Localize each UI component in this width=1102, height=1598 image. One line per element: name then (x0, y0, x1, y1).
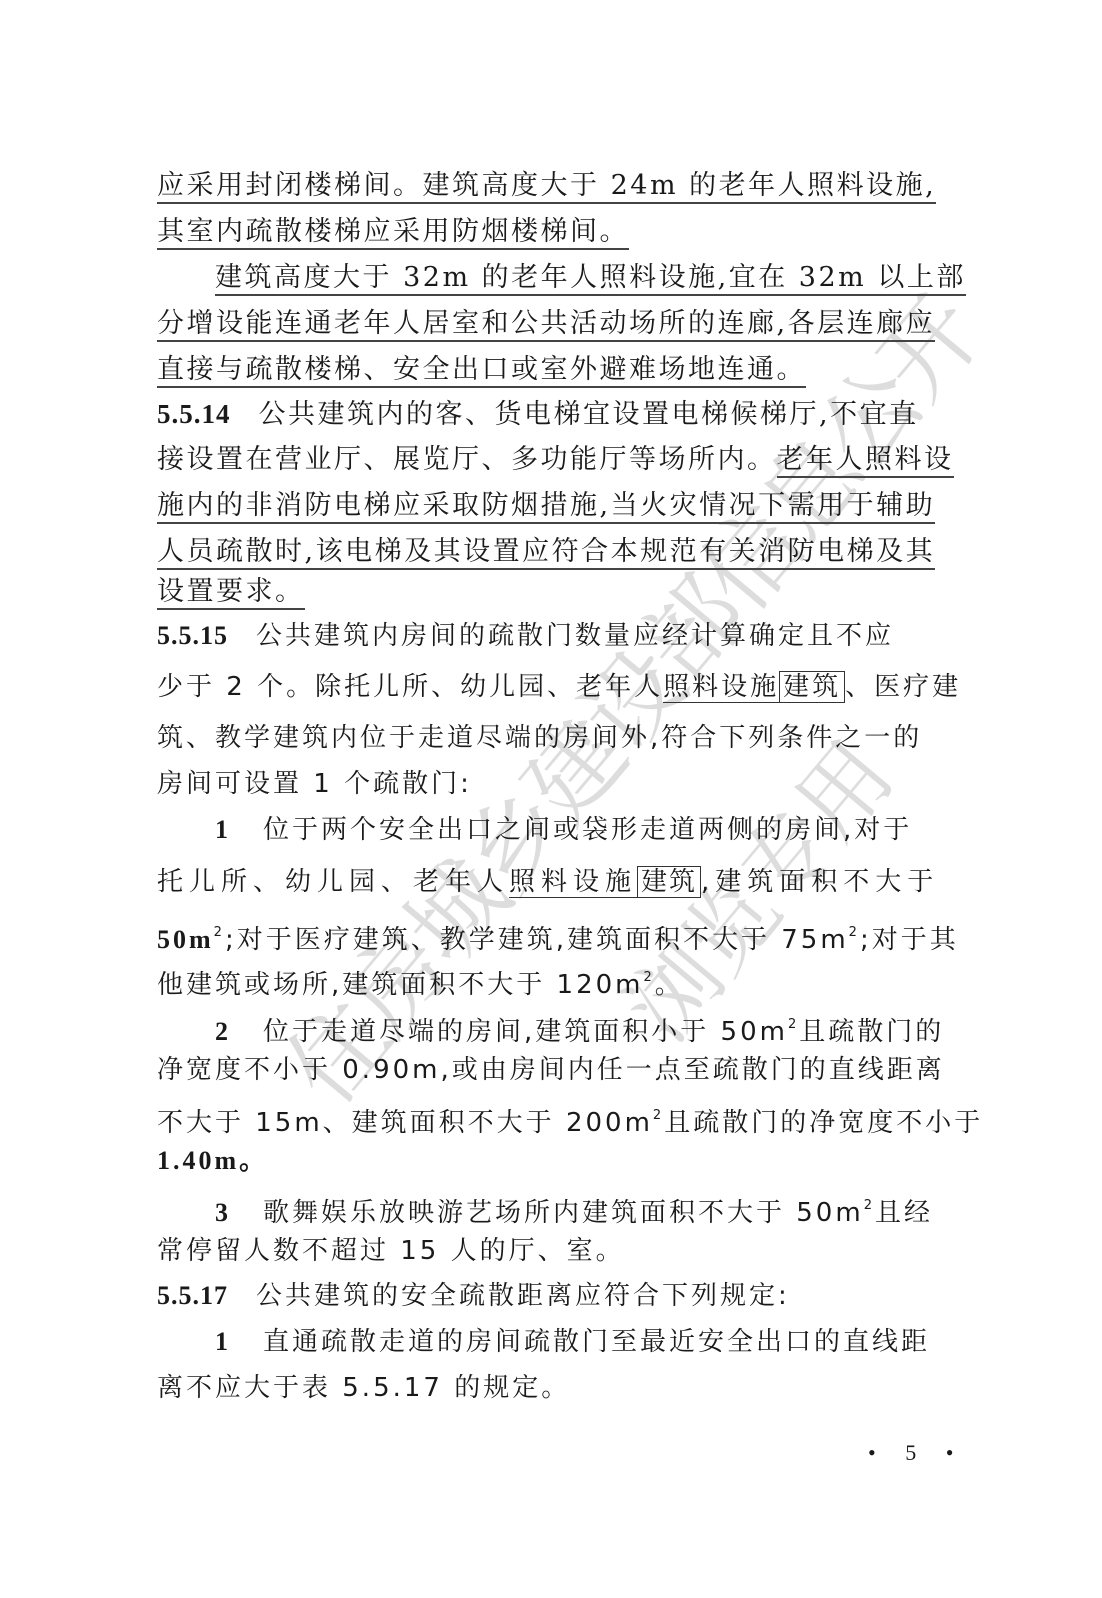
clause-text: 净宽度不小于 0.90m,或由房间内任一点至疏散门的直线距离 (157, 1055, 945, 1085)
underlined-text: 建筑高度大于 32m 的老年人照料设施,宜在 32m 以上部 (215, 262, 966, 296)
underlined-text: 直接与疏散楼梯、安全出口或室外避难场地连通。 (157, 354, 806, 388)
superscript: 2 (864, 1198, 875, 1213)
list-item-2: 2位于走道尽端的房间,建筑面积小于 50m2且疏散门的 (157, 1005, 1007, 1052)
text-line: 房间可设置 1 个疏散门: (157, 764, 949, 804)
list-item-3: 3歌舞娱乐放映游艺场所内建筑面积不大于 50m2且经 (157, 1186, 1007, 1233)
boxed-deleted-text: 建筑 (637, 866, 701, 898)
superscript: 2 (849, 925, 860, 940)
item-number: 3 (215, 1198, 231, 1227)
underlined-text: 施内的非消防电梯应采取防烟措施,当火灾情况下需用于辅助 (157, 490, 935, 524)
list-item-1: 1直通疏散走道的房间疏散门至最近安全出口的直线距 (157, 1322, 1007, 1362)
text-line: 不大于 15m、建筑面积不大于 200m2且疏散门的净宽度不小于 (157, 1096, 949, 1143)
text-line: 应采用封闭楼梯间。建筑高度大于 24m 的老年人照料设施, (157, 166, 949, 206)
clause-text: 歌舞娱乐放映游艺场所内建筑面积不大于 50m (263, 1198, 864, 1228)
clause-text: 公共建筑内的客、货电梯宜设置电梯候梯厅,不宜直 (259, 399, 919, 430)
clause-text: 且疏散门的净宽度不小于 (664, 1108, 983, 1138)
clause-text: 离不应大于表 5.5.17 的规定。 (157, 1373, 570, 1403)
text-line: 其室内疏散楼梯应采用防烟楼梯间。 (157, 212, 949, 252)
text-line: 接设置在营业厅、展览厅、多功能厅等场所内。老年人照料设 (157, 440, 949, 480)
clause-text: ,建筑面积不大于 (701, 867, 939, 897)
clause-text: 托儿所、幼儿园、老年人 (157, 867, 509, 897)
item-number: 2 (215, 1017, 231, 1046)
clause-text: 1.40m。 (157, 1146, 268, 1175)
clause-text: 直通疏散走道的房间疏散门至最近安全出口的直线距 (263, 1327, 930, 1357)
clause-text: 少于 2 个。除托儿所、幼儿园、老年人 (157, 672, 663, 702)
text-line: 施内的非消防电梯应采取防烟措施,当火灾情况下需用于辅助 (157, 486, 949, 526)
clause-text: 房间可设置 1 个疏散门: (157, 769, 472, 799)
text-line: 设置要求。 (157, 572, 949, 612)
clause-text: 接设置在营业厅、展览厅、多功能厅等场所内。 (157, 444, 777, 475)
clause-text: 50m (157, 925, 214, 954)
superscript: 2 (653, 1108, 664, 1123)
clause-5-5-17: 5.5.17公共建筑的安全疏散距离应符合下列规定: (157, 1276, 949, 1316)
text-line: 直接与疏散楼梯、安全出口或室外避难场地连通。 (157, 350, 949, 390)
clause-text: 。 (655, 970, 684, 1000)
clause-text: 常停留人数不超过 15 人的厅、室。 (157, 1236, 625, 1266)
clause-text: 位于走道尽端的房间,建筑面积小于 50m (263, 1017, 788, 1047)
underlined-text: 人员疏散时,该电梯及其设置应符合本规范有关消防电梯及其 (157, 536, 935, 570)
item-number: 1 (215, 1327, 231, 1356)
clause-number: 5.5.17 (157, 1281, 228, 1310)
clause-text: 位于两个安全出口之间或袋形走道两侧的房间,对于 (263, 815, 912, 845)
text-line: 分增设能连通老年人居室和公共活动场所的连廊,各层连廊应 (157, 304, 949, 344)
underlined-text: 分增设能连通老年人居室和公共活动场所的连廊,各层连廊应 (157, 308, 935, 342)
underlined-text: 照料设施 (509, 867, 637, 898)
text-line: 他建筑或场所,建筑面积不大于 120m2。 (157, 958, 949, 1005)
text-line: 人员疏散时,该电梯及其设置应符合本规范有关消防电梯及其 (157, 532, 949, 572)
text-line: 净宽度不小于 0.90m,或由房间内任一点至疏散门的直线距离 (157, 1050, 949, 1090)
clause-text: 不大于 15m、建筑面积不大于 200m (157, 1108, 653, 1138)
clause-number: 5.5.15 (157, 621, 228, 650)
clause-text: ;对于医疗建筑、教学建筑,建筑面积不大于 75m (225, 925, 849, 955)
clause-text: 、医疗建 (845, 672, 961, 702)
underlined-text: 其室内疏散楼梯应采用防烟楼梯间。 (157, 216, 629, 250)
underlined-text: 设置要求。 (157, 576, 305, 610)
superscript: 2 (788, 1017, 799, 1032)
boxed-deleted-text: 建筑 (779, 671, 845, 703)
text-line: 托儿所、幼儿园、老年人照料设施建筑,建筑面积不大于 (157, 862, 949, 902)
clause-text: 他建筑或场所,建筑面积不大于 120m (157, 970, 643, 1000)
text-line: 少于 2 个。除托儿所、幼儿园、老年人照料设施建筑、医疗建 (157, 667, 949, 707)
underlined-text: 照料设施 (663, 672, 779, 703)
text-line: 1.40m。 (157, 1141, 949, 1181)
document-page: 住房城乡建设部信息公开 浏览专用 应采用封闭楼梯间。建筑高度大于 24m 的老年… (0, 0, 1102, 1598)
clause-text: 且经 (875, 1198, 933, 1228)
clause-number: 5.5.14 (157, 399, 231, 429)
clause-text: 筑、教学建筑内位于走道尽端的房间外,符合下列条件之一的 (157, 723, 922, 753)
list-item-1: 1位于两个安全出口之间或袋形走道两侧的房间,对于 (157, 810, 1007, 850)
text-line: 常停留人数不超过 15 人的厅、室。 (157, 1231, 949, 1271)
superscript: 2 (214, 925, 225, 940)
clause-5-5-15: 5.5.15公共建筑内房间的疏散门数量应经计算确定且不应 (157, 616, 949, 656)
clause-text: 公共建筑的安全疏散距离应符合下列规定: (256, 1281, 790, 1311)
item-number: 1 (215, 815, 231, 844)
clause-text: 公共建筑内房间的疏散门数量应经计算确定且不应 (256, 621, 894, 651)
clause-text: ;对于其 (860, 925, 959, 955)
text-line: 建筑高度大于 32m 的老年人照料设施,宜在 32m 以上部 (157, 258, 1007, 298)
superscript: 2 (643, 970, 654, 985)
text-line: 50m2;对于医疗建筑、教学建筑,建筑面积不大于 75m2;对于其 (157, 913, 949, 960)
underlined-text: 老年人照料设 (777, 444, 954, 478)
clause-text: 且疏散门的 (799, 1017, 944, 1047)
underlined-text: 应采用封闭楼梯间。建筑高度大于 24m 的老年人照料设施, (157, 170, 936, 204)
clause-5-5-14: 5.5.14公共建筑内的客、货电梯宜设置电梯候梯厅,不宜直 (157, 394, 949, 435)
text-line: 筑、教学建筑内位于走道尽端的房间外,符合下列条件之一的 (157, 718, 949, 758)
text-line: 离不应大于表 5.5.17 的规定。 (157, 1368, 949, 1408)
page-number: • 5 • (868, 1440, 965, 1466)
